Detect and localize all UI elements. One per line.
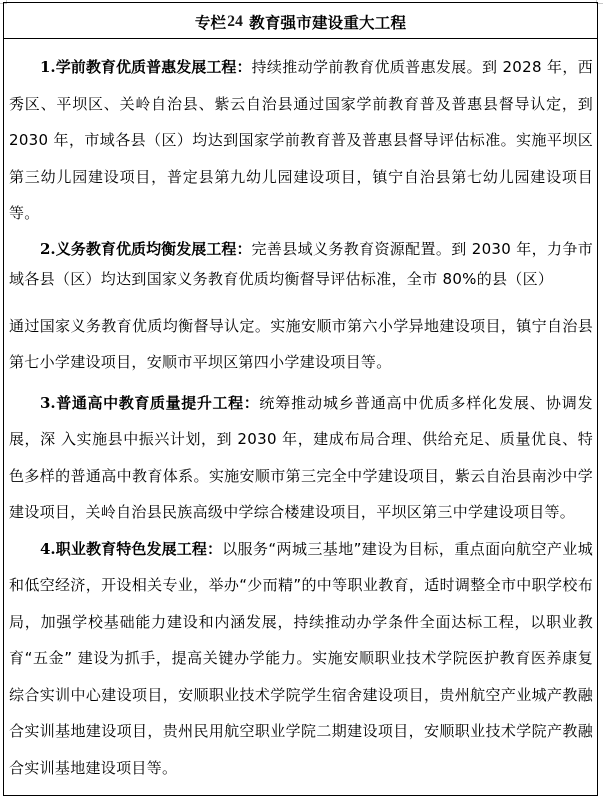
section-4-paragraph: 4.职业教育特色发展工程：以服务“两城三基地”建设为目标，重点面向航空产业城和低… <box>9 531 593 787</box>
section-1-paragraph: 1.学前教育优质普惠发展工程：持续推动学前教育优质普惠发展。到 2028 年，西… <box>9 49 593 232</box>
box-body: 1.学前教育优质普惠发展工程：持续推动学前教育优质普惠发展。到 2028 年，西… <box>4 49 597 786</box>
section-1-heading-text: 学前教育优质普惠发展工程： <box>56 58 252 76</box>
feature-box-table: 专栏 24 教育强市建设重大工程 1.学前教育优质普惠发展工程：持续推动学前教育… <box>3 2 598 796</box>
section-2-heading-text: 义务教育优质均衡发展工程： <box>56 240 252 258</box>
section-4-body: 以服务“两城三基地”建设为目标，重点面向航空产业城和低空经济，开设相关专业，举办… <box>9 540 593 777</box>
title-prefix: 专栏 <box>195 11 226 33</box>
box-title: 专栏 24 教育强市建设重大工程 <box>4 3 597 39</box>
section-4-heading-text: 职业教育特色发展工程： <box>56 540 222 558</box>
section-3-index: 3. <box>40 394 56 412</box>
section-1-index: 1. <box>40 58 56 76</box>
section-2-line-gap <box>9 294 593 308</box>
section-3-paragraph: 3.普通高中教育质量提升工程：统筹推动城乡普通高中优质多样化发展、协调发展，深 … <box>9 385 593 531</box>
section-2-paragraph: 2.义务教育优质均衡发展工程：完善县域义务教育资源配置。到 2030 年，力争市… <box>9 234 593 381</box>
section-1-body: 持续推动学前教育优质普惠发展。到 2028 年，西秀区、平坝区、关岭自治县、紫云… <box>9 58 593 222</box>
section-4-heading: 4.职业教育特色发展工程： <box>40 540 222 558</box>
section-2-index: 2. <box>40 240 56 258</box>
section-4-index: 4. <box>40 540 56 558</box>
section-3-heading-text: 普通高中教育质量提升工程： <box>56 394 260 412</box>
title-number: 24 <box>227 13 243 31</box>
title-text: 教育强市建设重大工程 <box>249 11 406 33</box>
section-1-heading: 1.学前教育优质普惠发展工程： <box>40 58 252 76</box>
section-3-heading: 3.普通高中教育质量提升工程： <box>40 394 259 412</box>
section-2-body-b: 通过国家义务教育优质均衡督导认定。实施安顺市第六小学异地建设项目，镇宁自治县第七… <box>9 317 593 372</box>
section-2-heading: 2.义务教育优质均衡发展工程： <box>40 240 252 258</box>
section-3-body: 统筹推动城乡普通高中优质多样化发展、协调发展，深 入实施县中振兴计划，到 203… <box>9 394 593 522</box>
